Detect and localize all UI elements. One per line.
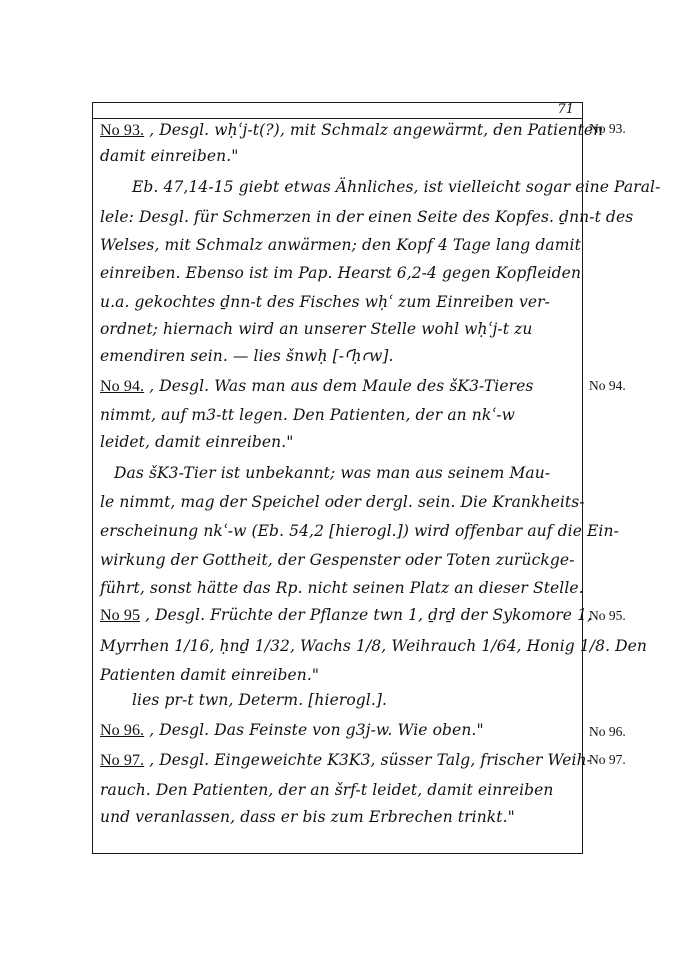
commentary-93-line-1: Eb. 47,14-15 giebt etwas Ähnliches, ist …	[132, 177, 660, 197]
entry-94-line-1: No 94. , Desgl. Was man aus dem Maule de…	[100, 376, 533, 397]
header-rule	[93, 118, 582, 119]
commentary-94-line-5: führt, sonst hätte das Rp. nicht seinen …	[100, 578, 584, 598]
entry-94-line-3: leidet, damit einreiben."	[100, 432, 294, 452]
commentary-93-line-6: ordnet; hiernach wird an unserer Stelle …	[100, 319, 532, 339]
margin-entry-number: No 93.	[589, 121, 626, 137]
entry-94-line-2: nimmt, auf m3-tt legen. Den Patienten, d…	[100, 405, 515, 425]
entry-95-line-1: No 95 , Desgl. Früchte der Pflanze twn 1…	[100, 605, 592, 626]
commentary-93-line-2: lele: Desgl. für Schmerzen in der einen …	[100, 207, 633, 227]
entry-text: , Desgl. Früchte der Pflanze twn 1, ḏrḏ …	[145, 606, 592, 624]
commentary-93-line-3: Welses, mit Schmalz anwärmen; den Kopf 4…	[100, 235, 581, 255]
entry-97-line-1: No 97. , Desgl. Eingeweichte K3K3, süsse…	[100, 750, 592, 771]
commentary-94-line-3: erscheinung nkʿ-w (Eb. 54,2 [hierogl.]) …	[100, 521, 619, 541]
entry-number: No 97.	[100, 752, 144, 769]
entry-95-line-3: Patienten damit einreiben."	[100, 665, 319, 685]
entry-text: , Desgl. Was man aus dem Maule des šK3-T…	[149, 377, 533, 395]
commentary-95-line-1: lies pr-t twn, Determ. [hierogl.].	[132, 690, 387, 710]
margin-entry-number: No 97.	[589, 752, 626, 768]
entry-96-line-1: No 96. , Desgl. Das Feinste von g3j-w. W…	[100, 720, 484, 741]
commentary-94-line-2: le nimmt, mag der Speichel oder dergl. s…	[100, 492, 585, 512]
entry-95-line-2: Myrrhen 1/16, ḥnḏ 1/32, Wachs 1/8, Weihr…	[100, 636, 647, 656]
commentary-93-line-5: u.a. gekochtes ḏnn-t des Fisches wḥʿ zum…	[100, 292, 550, 312]
entry-97-line-2: rauch. Den Patienten, der an šrf-t leide…	[100, 780, 554, 800]
entry-93-line-2: damit einreiben."	[100, 146, 238, 166]
margin-entry-number: No 94.	[589, 378, 626, 394]
entry-text: , Desgl. Das Feinste von g3j-w. Wie oben…	[149, 721, 483, 739]
entry-97-line-3: und veranlassen, dass er bis zum Erbrech…	[100, 807, 515, 827]
entry-number: No 93.	[100, 122, 144, 139]
entry-93-line-1: No 93. , Desgl. wḥʿj-t(?), mit Schmalz a…	[100, 120, 603, 141]
commentary-93-line-7: emendiren sein. — lies šnwḥ [-Ꜥḥꜥw].	[100, 346, 394, 366]
entry-number: No 95	[100, 607, 140, 624]
commentary-93-line-4: einreiben. Ebenso ist im Pap. Hearst 6,2…	[100, 263, 581, 283]
page-number: 71	[557, 102, 574, 117]
commentary-94-line-4: wirkung der Gottheit, der Gespenster ode…	[100, 550, 575, 570]
margin-entry-number: No 96.	[589, 724, 626, 740]
entry-number: No 94.	[100, 378, 144, 395]
commentary-94-line-1: Das šK3-Tier ist unbekannt; was man aus …	[114, 463, 550, 483]
entry-number: No 96.	[100, 722, 144, 739]
entry-text: , Desgl. wḥʿj-t(?), mit Schmalz angewärm…	[149, 121, 603, 139]
margin-entry-number: No 95.	[589, 608, 626, 624]
entry-text: , Desgl. Eingeweichte K3K3, süsser Talg,…	[149, 751, 592, 769]
